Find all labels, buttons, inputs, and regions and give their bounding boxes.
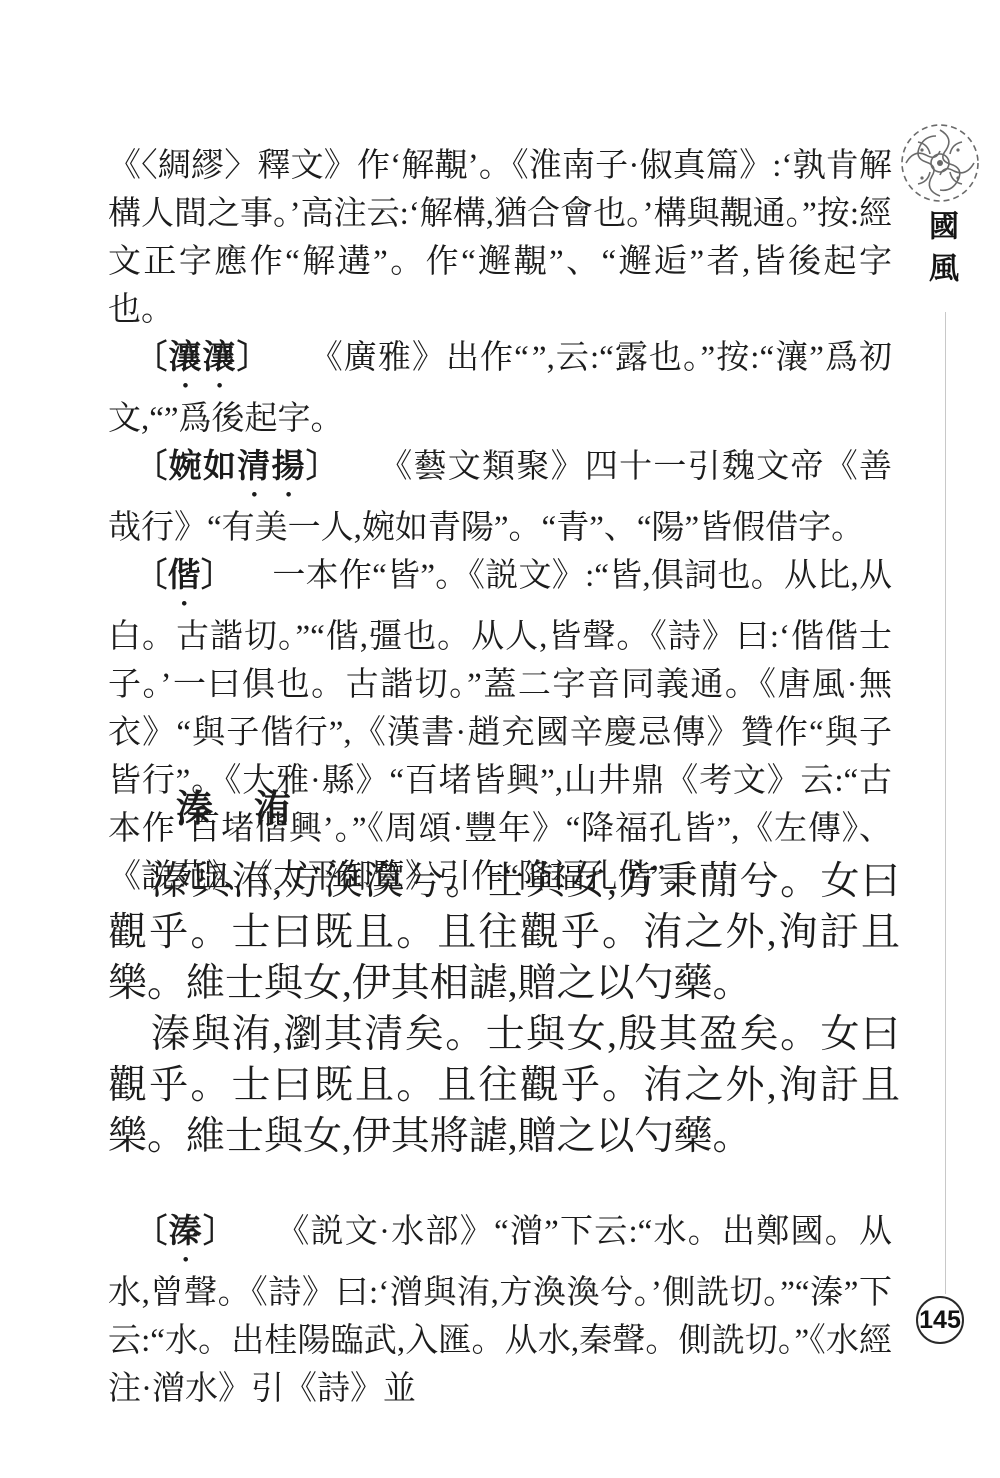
- poem-block: 溱與洧,方渙渙兮。士與女,方秉蕑兮。女曰觀乎。士曰既且。且往觀乎。洧之外,洵訏且…: [108, 856, 900, 1162]
- bracket-close: 〕: [237, 340, 271, 376]
- entry-term-emphasized: 瀼瀼: [168, 340, 236, 376]
- bracket-close: 〕: [201, 558, 234, 594]
- entry-body: 一本作“皆”。《説文》:“皆,俱詞也。从比,从白。古諧切。”“偕,彊也。从人,皆…: [108, 558, 892, 895]
- entry-term: 〔婉如清揚〕: [134, 449, 340, 485]
- section-heading: 溱 洧: [176, 788, 293, 832]
- poem-stanza-1: 溱與洧,方渙渙兮。士與女,方秉蕑兮。女曰觀乎。士曰既且。且往觀乎。洧之外,洵訏且…: [108, 856, 900, 1009]
- page-number: 145: [919, 1306, 961, 1335]
- entry-xie: 〔偕〕一本作“皆”。《説文》:“皆,俱詞也。从比,从白。古諧切。”“偕,彊也。从…: [108, 552, 892, 901]
- entry-term: 〔溱〕: [134, 1214, 237, 1250]
- seal-ornament-icon: [892, 120, 988, 213]
- entry-rangrang: 〔瀼瀼〕《廣雅》出作“𩆶𩆶”,云:“露也。”按:“瀼”爲初文,“𩆶”爲後起字。: [108, 334, 892, 443]
- continuation-paragraph: 《〈綢繆〉釋文》作‘解覯’。《淮南子·俶真篇》:‘孰肯解構人間之事。’高注云:‘…: [108, 142, 892, 334]
- entry-term-emphasized: 溱: [169, 1214, 203, 1250]
- bracket-open: 〔: [134, 558, 167, 594]
- margin-rule: [945, 312, 946, 1294]
- bracket-open: 〔: [134, 449, 168, 485]
- bracket-open: 〔: [134, 1214, 168, 1250]
- poem-stanza-2: 溱與洧,瀏其清矣。士與女,殷其盈矣。女曰觀乎。士曰既且。且往觀乎。洧之外,洵訏且…: [108, 1009, 900, 1162]
- continuation-text: 《〈綢繆〉釋文》作‘解覯’。《淮南子·俶真篇》:‘孰肯解構人間之事。’高注云:‘…: [108, 148, 892, 328]
- margin-label: 國風: [918, 210, 962, 294]
- bracket-open: 〔: [134, 340, 168, 376]
- entry-term: 〔偕〕: [134, 558, 234, 594]
- bracket-close: 〕: [203, 1214, 237, 1250]
- entry-term-emphasized: 偕: [168, 558, 201, 594]
- entry-term-plain: 婉如: [169, 449, 238, 485]
- entry-term-emphasized: 清揚: [237, 449, 306, 485]
- entry-wanruqingyang: 〔婉如清揚〕《藝文類聚》四十一引魏文帝《善哉行》“有美一人,婉如青陽”。“青”、…: [108, 443, 892, 552]
- bracket-close: 〕: [306, 449, 340, 485]
- entry-zhen: 〔溱〕《説文·水部》“潧”下云:“水。出鄭國。从水,曾聲。《詩》曰:‘潧與洧,方…: [108, 1208, 892, 1413]
- bottom-commentary-block: 〔溱〕《説文·水部》“潧”下云:“水。出鄭國。从水,曾聲。《詩》曰:‘潧與洧,方…: [108, 1208, 892, 1413]
- entry-term: 〔瀼瀼〕: [134, 340, 270, 376]
- page-number-badge: 145: [916, 1296, 964, 1344]
